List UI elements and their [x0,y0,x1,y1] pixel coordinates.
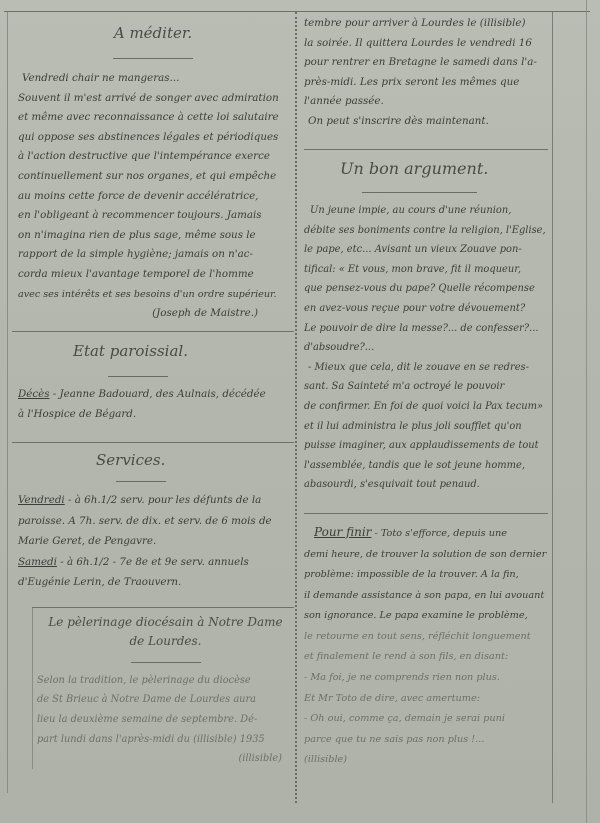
title-flourish [116,481,166,482]
section-title-cont: de Lourdes. [33,632,298,650]
section-body: Décès - Jeanne Badouard, des Aulnais, dé… [8,385,298,424]
section-pelerinage: Le pèlerinage diocésain à Notre Dame de … [32,608,298,769]
section-a-mediter: A méditer. Vendredi chair ne mangeras...… [8,12,298,323]
section-pour-finir: Pour finir - Toto s'efforce, depuis une … [300,514,552,771]
section-title: Le pèlerinage diocésain à Notre Dame [33,612,298,632]
section-title: Etat paroissial. [8,340,298,362]
section-body: Pour finir - Toto s'efforce, depuis une … [300,522,552,771]
page-edge [586,0,587,823]
title-flourish [131,662,201,663]
title-flourish [362,192,477,193]
section-body: Vendredi chair ne mangeras... Souvent il… [8,69,298,304]
section-body: tembre pour arriver à Lourdes le (illisi… [300,14,552,131]
section-body: Vendredi - à 6h.1/2 serv. pour les défun… [8,490,298,593]
handwritten-bulletin-page: A méditer. Vendredi chair ne mangeras...… [0,0,600,823]
section-etat-paroissial: Etat paroissial. Décès - Jeanne Badouard… [8,332,298,424]
title-flourish [113,58,193,59]
section-title: Un bon argument. [300,158,552,180]
deces-label: Décès [18,388,50,400]
left-column: A méditer. Vendredi chair ne mangeras...… [7,12,298,793]
signature: (Joseph de Maistre.) [8,304,298,323]
right-column: tembre pour arriver à Lourdes le (illisi… [300,12,553,803]
section-services: Services. Vendredi - à 6h.1/2 serv. pour… [8,443,298,593]
section-title: Services. [8,449,298,471]
column-divider [295,12,297,803]
section-pelerinage-suite: tembre pour arriver à Lourdes le (illisi… [300,12,552,131]
pour-finir-label: Pour finir [314,525,371,539]
section-bon-argument: Un bon argument. Un jeune impie, au cour… [300,150,552,495]
title-flourish [108,376,168,377]
section-body: Un jeune impie, au cours d'une réunion, … [300,201,552,495]
section-body: Selon la tradition, le pèlerinage du dio… [33,671,298,769]
section-title: A méditer. [8,22,298,44]
